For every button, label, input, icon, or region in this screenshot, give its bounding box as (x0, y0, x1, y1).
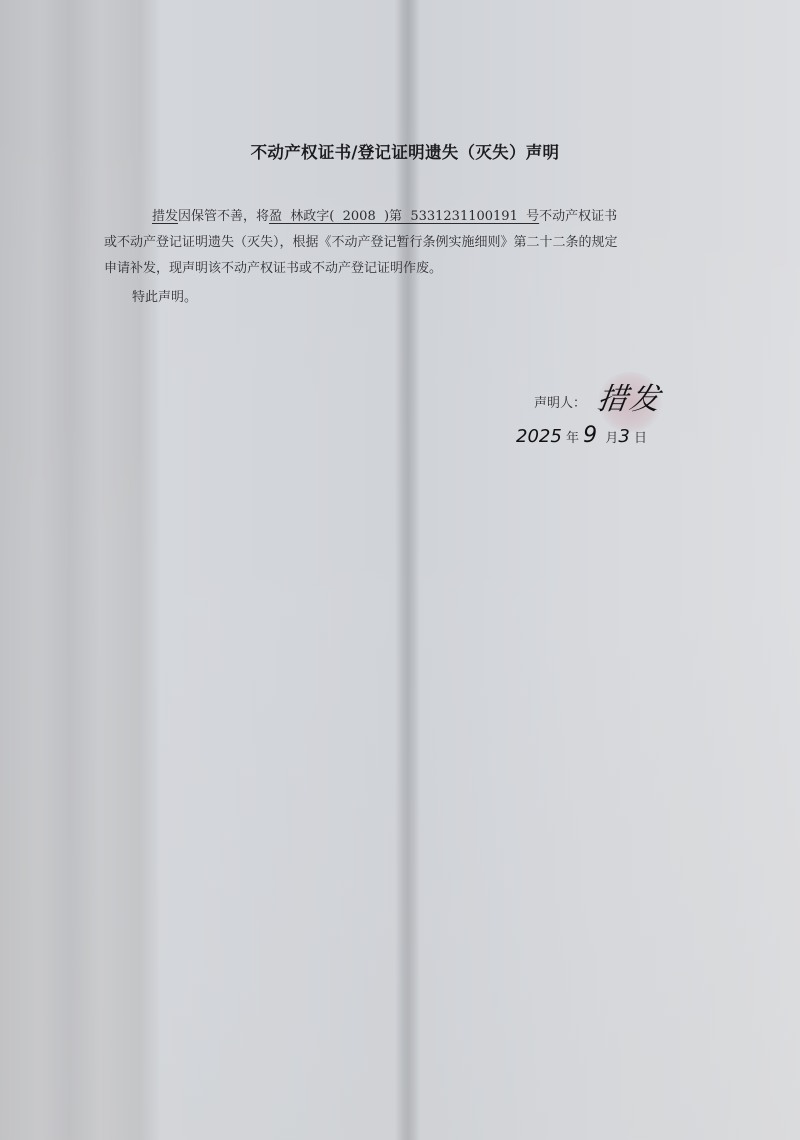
date-day: 3 (618, 426, 629, 447)
paragraph-line-2: 或不动产登记证明遗失（灭失），根据《不动产登记暂行条例实施细则》第二十二条的规定 (104, 230, 618, 256)
line1-text-b: 不动产权证书 (539, 209, 617, 224)
handwritten-signature: 措发 (595, 374, 665, 418)
date-day-unit: 日 (634, 431, 647, 446)
line1-text-a: 因保管不善，将 (178, 209, 269, 224)
declaration-date: 2025 年 9 月3 日 (516, 423, 647, 448)
declarant-label: 声明人： (534, 392, 586, 411)
date-month-unit: 月 (605, 431, 618, 446)
paper-shading (0, 0, 800, 1140)
closing-line: 特此声明。 (132, 285, 197, 311)
applicant-name: 措发 (152, 209, 178, 224)
date-year: 2025 (516, 426, 562, 447)
paragraph-line-1: 措发因保管不善，将盈 林政字( 2008 )第 5331231100191 号不… (152, 204, 617, 230)
date-month: 9 (583, 423, 597, 448)
certificate-number: 盈 林政字( 2008 )第 5331231100191 号 (269, 209, 539, 224)
document-title: 不动产权证书/登记证明遗失（灭失）声明 (0, 139, 800, 163)
date-year-unit: 年 (566, 431, 579, 446)
paragraph-line-3: 申请补发，现声明该不动产权证书或不动产登记证明作废。 (104, 256, 442, 282)
